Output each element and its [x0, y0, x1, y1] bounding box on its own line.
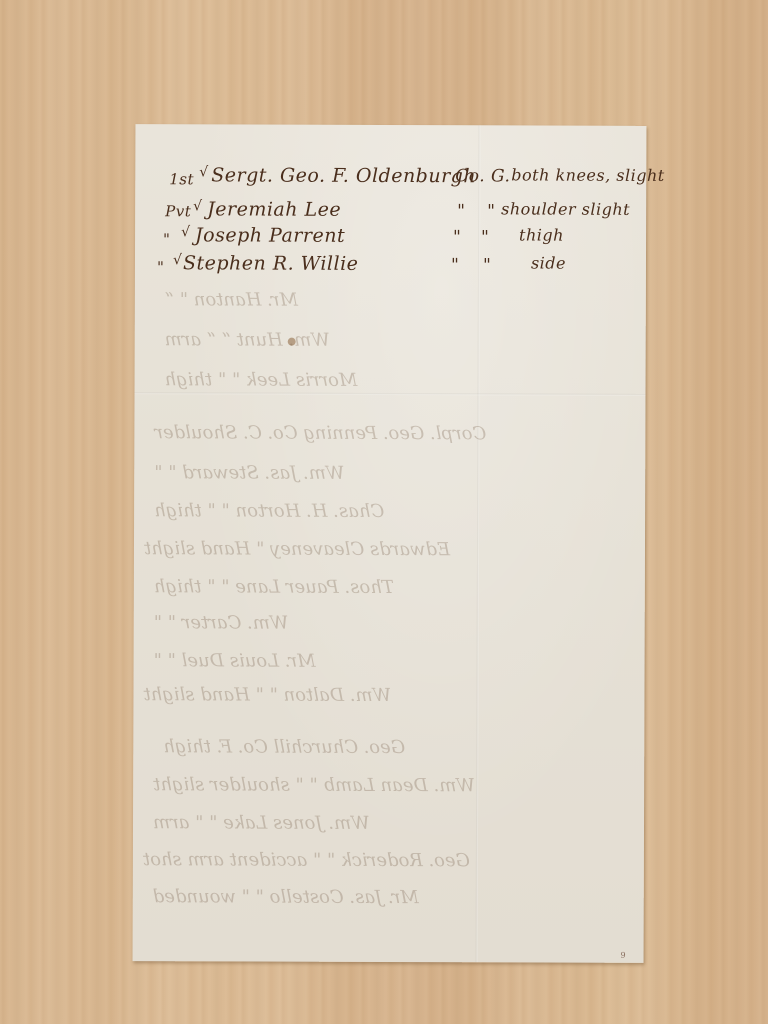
ditto-mark: " — [483, 255, 491, 275]
bleed-through-line: Mr. Louis Duel " " — [154, 650, 316, 672]
ditto-mark: " — [481, 227, 489, 247]
rank: 1st — [169, 170, 194, 188]
wound-description: both knees, slight — [511, 165, 665, 185]
bleed-through-line: Wm. Hunt “ “ arm — [165, 329, 330, 351]
document-page: Mr. Hanton " “ Wm. Hunt “ “ arm Morris L… — [133, 124, 647, 963]
bleed-through-line: Wm. Carter " " — [154, 612, 289, 633]
bleed-through-line: Edwards Cleaveney " Hand slight — [144, 538, 450, 560]
rank: " — [157, 258, 164, 276]
wound-description: shoulder slight — [501, 199, 630, 218]
ditto-mark: " — [487, 201, 495, 221]
bleed-through-line: Mr. Hanton " “ — [165, 289, 298, 310]
bleed-through-line: Chas. H. Horton " " thigh — [154, 500, 384, 522]
company: Co. G. — [455, 166, 510, 186]
check-mark: √ — [173, 252, 182, 268]
page-mark: 9 — [621, 951, 626, 960]
bleed-through-line: Geo. Roderick " " accident arm shot — [143, 849, 470, 871]
soldier-name: Jeremiah Lee — [207, 198, 341, 220]
company-ditto: " — [451, 255, 459, 275]
bleed-through-line: Wm. Jas. Steward " " — [154, 462, 344, 484]
casualty-entry: " √ Stephen R. Willie " " side — [135, 252, 646, 284]
wound-description: side — [531, 253, 566, 272]
company-ditto: " — [457, 201, 465, 221]
casualty-entry: " √ Joseph Parrent " " thigh — [135, 224, 646, 256]
fold-crease-horizontal — [135, 392, 646, 396]
bleed-through-line: Wm. Dalton " " Hand slight — [143, 684, 391, 706]
bleed-through-line: Geo. Churchill Co. F. thigh — [163, 736, 405, 758]
bleed-through-line: Wm. Jones Lake " " arm — [153, 812, 370, 834]
bleed-through-line: Corpl. Geo. Penning Co. C. Shoulder — [154, 422, 486, 444]
wound-description: thigh — [519, 225, 564, 244]
rank: Pvt — [165, 202, 191, 220]
bleed-through-line: Morris Leek " " thigh — [165, 369, 358, 391]
check-mark: √ — [199, 164, 208, 180]
bleed-through-line: Mr. Jas. Costello " " wounded — [153, 886, 419, 908]
bleed-through-line: Thos. Pauer Lane " " thigh — [154, 576, 394, 598]
soldier-name: Joseph Parrent — [195, 224, 345, 247]
rank: " — [163, 230, 170, 248]
casualty-entry: 1st √ Sergt. Geo. F. Oldenburgh Co. G. b… — [135, 164, 646, 196]
bleed-through-line: Wm. Dean Lamb " " shoulder slight — [153, 774, 475, 796]
company-ditto: " — [453, 227, 461, 247]
soldier-name: Stephen R. Willie — [183, 252, 359, 275]
check-mark: √ — [181, 224, 190, 240]
soldier-name: Sergt. Geo. F. Oldenburgh — [211, 164, 476, 187]
check-mark: √ — [193, 198, 202, 214]
